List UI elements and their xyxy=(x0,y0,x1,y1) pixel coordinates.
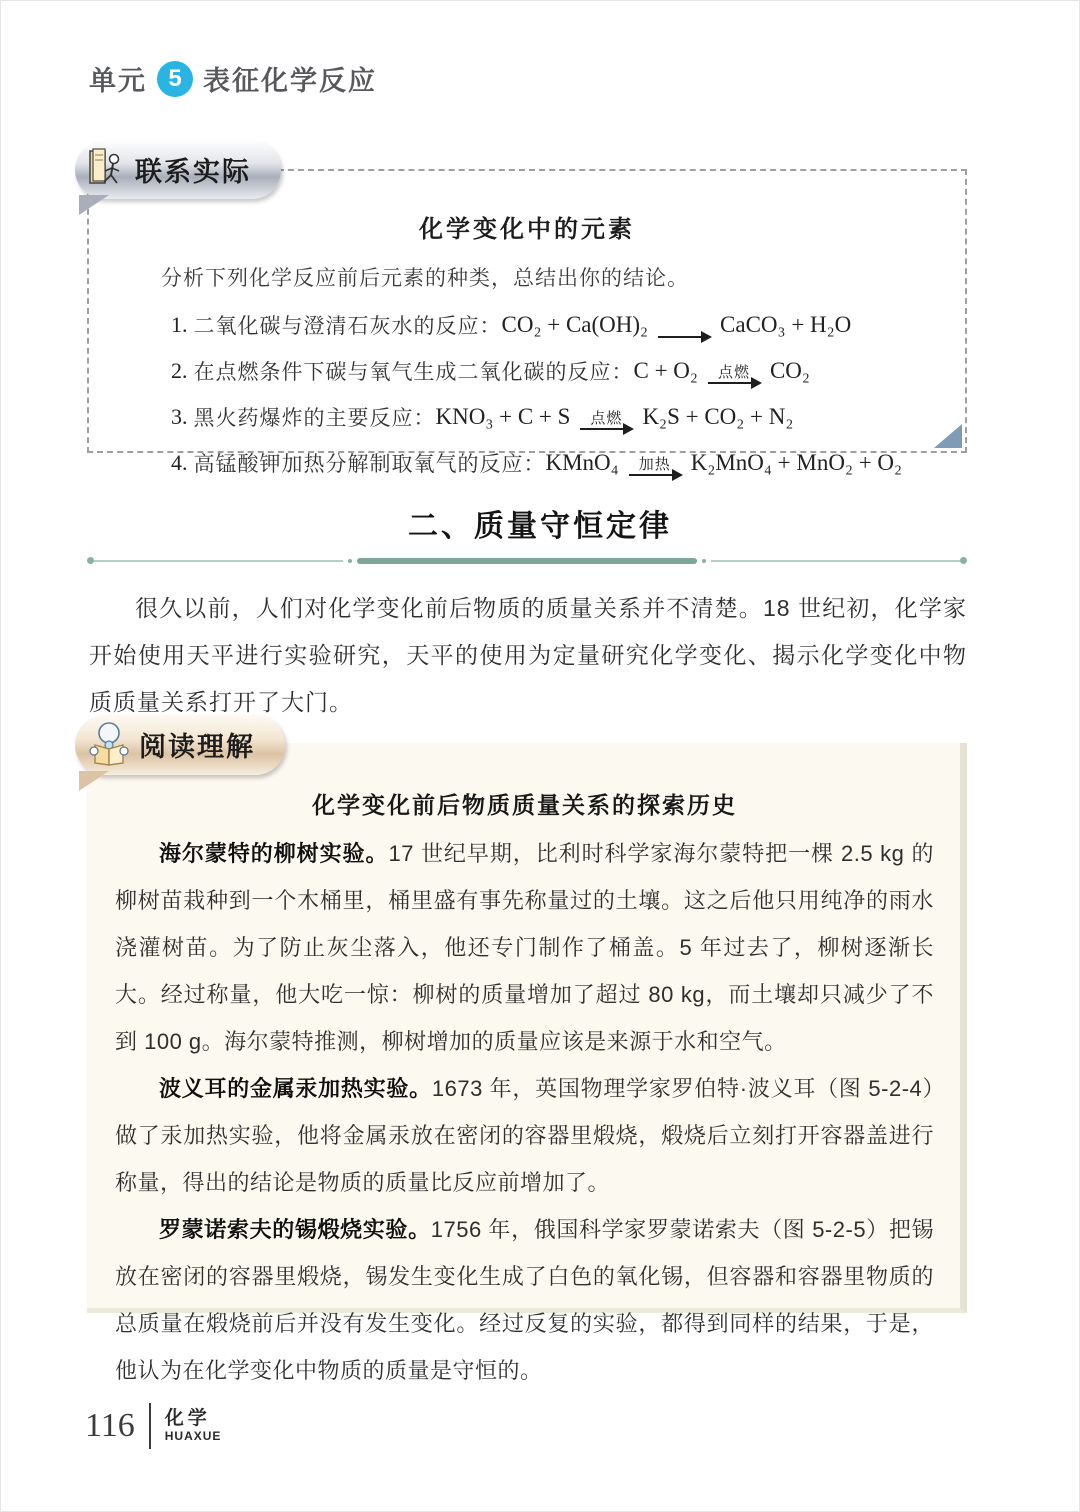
reading-person-icon xyxy=(87,721,131,767)
equation-reactants: CO₂ + Ca(OH)₂ xyxy=(502,312,649,338)
equation-products: CaCO₃ + H₂O xyxy=(720,312,851,338)
reading-box: 阅读理解 化学变化前后物质质量关系的探索历史 海尔蒙特的柳树实验。17 世纪早期… xyxy=(87,743,967,1313)
reaction-arrow: 点燃 xyxy=(708,363,760,384)
footer-book: 化学 HUAXUE xyxy=(165,1409,222,1443)
arrow-shaft-icon xyxy=(629,474,681,476)
equation-reactants: C + O₂ xyxy=(634,358,698,384)
paragraph-text: 17 世纪早期，比利时科学家海尔蒙特把一棵 2.5 kg 的柳树苗栽种到一个木桶… xyxy=(115,841,934,1054)
corner-triangle-decoration xyxy=(934,424,962,448)
equation-products: CO₂ xyxy=(770,358,810,384)
equation-number: 2. xyxy=(171,358,188,384)
unit-header: 单元 5 表征化学反应 xyxy=(89,59,377,98)
equation-number: 3. xyxy=(171,404,188,430)
divider-dot xyxy=(87,557,94,564)
reading-box-label: 阅读理解 xyxy=(75,715,285,775)
paragraph-lead: 波义耳的金属汞加热实验。 xyxy=(159,1076,432,1101)
practice-title: 化学变化中的元素 xyxy=(119,209,935,244)
footer-divider xyxy=(149,1403,151,1449)
footer-book-pinyin: HUAXUE xyxy=(165,1430,222,1443)
divider-dot xyxy=(348,559,352,563)
equation-number: 1. xyxy=(171,312,188,338)
practice-intro: 分析下列化学反应前后元素的种类，总结出你的结论。 xyxy=(119,262,935,292)
unit-title: 表征化学反应 xyxy=(203,59,377,98)
book-walker-icon xyxy=(87,147,127,191)
equation-row: 2. 在点燃条件下碳与氧气生成二氧化碳的反应： C + O₂ 点燃 CO₂ xyxy=(171,348,935,394)
equation-description: 黑火药爆炸的主要反应： xyxy=(194,402,436,432)
reading-title: 化学变化前后物质质量关系的探索历史 xyxy=(115,787,934,820)
reading-paragraph: 罗蒙诺索夫的锡煅烧实验。1756 年，俄国科学家罗蒙诺索夫（图 5-2-5）把锡… xyxy=(115,1206,934,1394)
equation-products: K₂S + CO₂ + N₂ xyxy=(642,404,793,430)
practice-box-label-text: 联系实际 xyxy=(135,150,251,189)
equation-description: 二氧化碳与澄清石灰水的反应： xyxy=(194,310,502,340)
reading-paragraph: 海尔蒙特的柳树实验。17 世纪早期，比利时科学家海尔蒙特把一棵 2.5 kg 的… xyxy=(115,830,934,1065)
reading-paragraph: 波义耳的金属汞加热实验。1673 年，英国物理学家罗伯特·波义耳（图 5-2-4… xyxy=(115,1065,934,1206)
textbook-page: { "header": { "unit_label": "单元", "unit_… xyxy=(0,0,1080,1512)
section-title: 二、质量守恒定律 xyxy=(1,501,1079,545)
unit-number-badge: 5 xyxy=(157,61,193,97)
reaction-condition: 点燃 xyxy=(718,363,750,382)
equation-row: 3. 黑火药爆炸的主要反应： KNO₃ + C + S 点燃 K₂S + CO₂… xyxy=(171,394,935,440)
divider-line xyxy=(94,560,343,562)
divider-dot xyxy=(702,559,706,563)
section-divider xyxy=(87,557,967,564)
reaction-arrow xyxy=(658,317,710,338)
reading-body: 海尔蒙特的柳树实验。17 世纪早期，比利时科学家海尔蒙特把一棵 2.5 kg 的… xyxy=(115,830,934,1394)
unit-label: 单元 xyxy=(89,59,147,98)
reaction-condition: 点燃 xyxy=(590,409,622,428)
divider-bar xyxy=(357,558,697,564)
practice-box-label: 联系实际 xyxy=(75,141,281,199)
equation-description: 在点燃条件下碳与氧气生成二氧化碳的反应： xyxy=(194,356,634,386)
equation-number: 4. xyxy=(171,450,188,476)
equation-products: K₂MnO₄ + MnO₂ + O₂ xyxy=(691,450,902,476)
equation-row: 1. 二氧化碳与澄清石灰水的反应： CO₂ + Ca(OH)₂ CaCO₃ + … xyxy=(171,302,935,348)
equation-list: 1. 二氧化碳与澄清石灰水的反应： CO₂ + Ca(OH)₂ CaCO₃ + … xyxy=(119,302,935,486)
footer-book-title: 化学 xyxy=(165,1409,222,1430)
arrow-shaft-icon xyxy=(580,428,632,430)
reaction-arrow: 加热 xyxy=(629,455,681,476)
section-paragraph: 很久以前，人们对化学变化前后物质的质量关系并不清楚。18 世纪初，化学家开始使用… xyxy=(89,585,967,726)
paragraph-lead: 罗蒙诺索夫的锡煅烧实验。 xyxy=(159,1217,431,1242)
paragraph-lead: 海尔蒙特的柳树实验。 xyxy=(159,841,388,866)
arrow-shaft-icon xyxy=(658,336,710,338)
equation-row: 4. 高锰酸钾加热分解制取氧气的反应： KMnO₄ 加热 K₂MnO₄ + Mn… xyxy=(171,440,935,486)
page-footer: 116 化学 HUAXUE xyxy=(85,1403,221,1449)
practice-box: 联系实际 化学变化中的元素 分析下列化学反应前后元素的种类，总结出你的结论。 1… xyxy=(87,169,967,453)
divider-dot xyxy=(960,557,967,564)
page-number: 116 xyxy=(85,1407,135,1445)
reading-box-label-text: 阅读理解 xyxy=(139,725,255,764)
reaction-arrow: 点燃 xyxy=(580,409,632,430)
divider-line xyxy=(711,560,960,562)
arrow-shaft-icon xyxy=(708,382,760,384)
reaction-condition: 加热 xyxy=(639,455,671,474)
equation-reactants: KMnO₄ xyxy=(546,450,619,476)
equation-reactants: KNO₃ + C + S xyxy=(436,404,571,430)
equation-description: 高锰酸钾加热分解制取氧气的反应： xyxy=(194,448,546,478)
